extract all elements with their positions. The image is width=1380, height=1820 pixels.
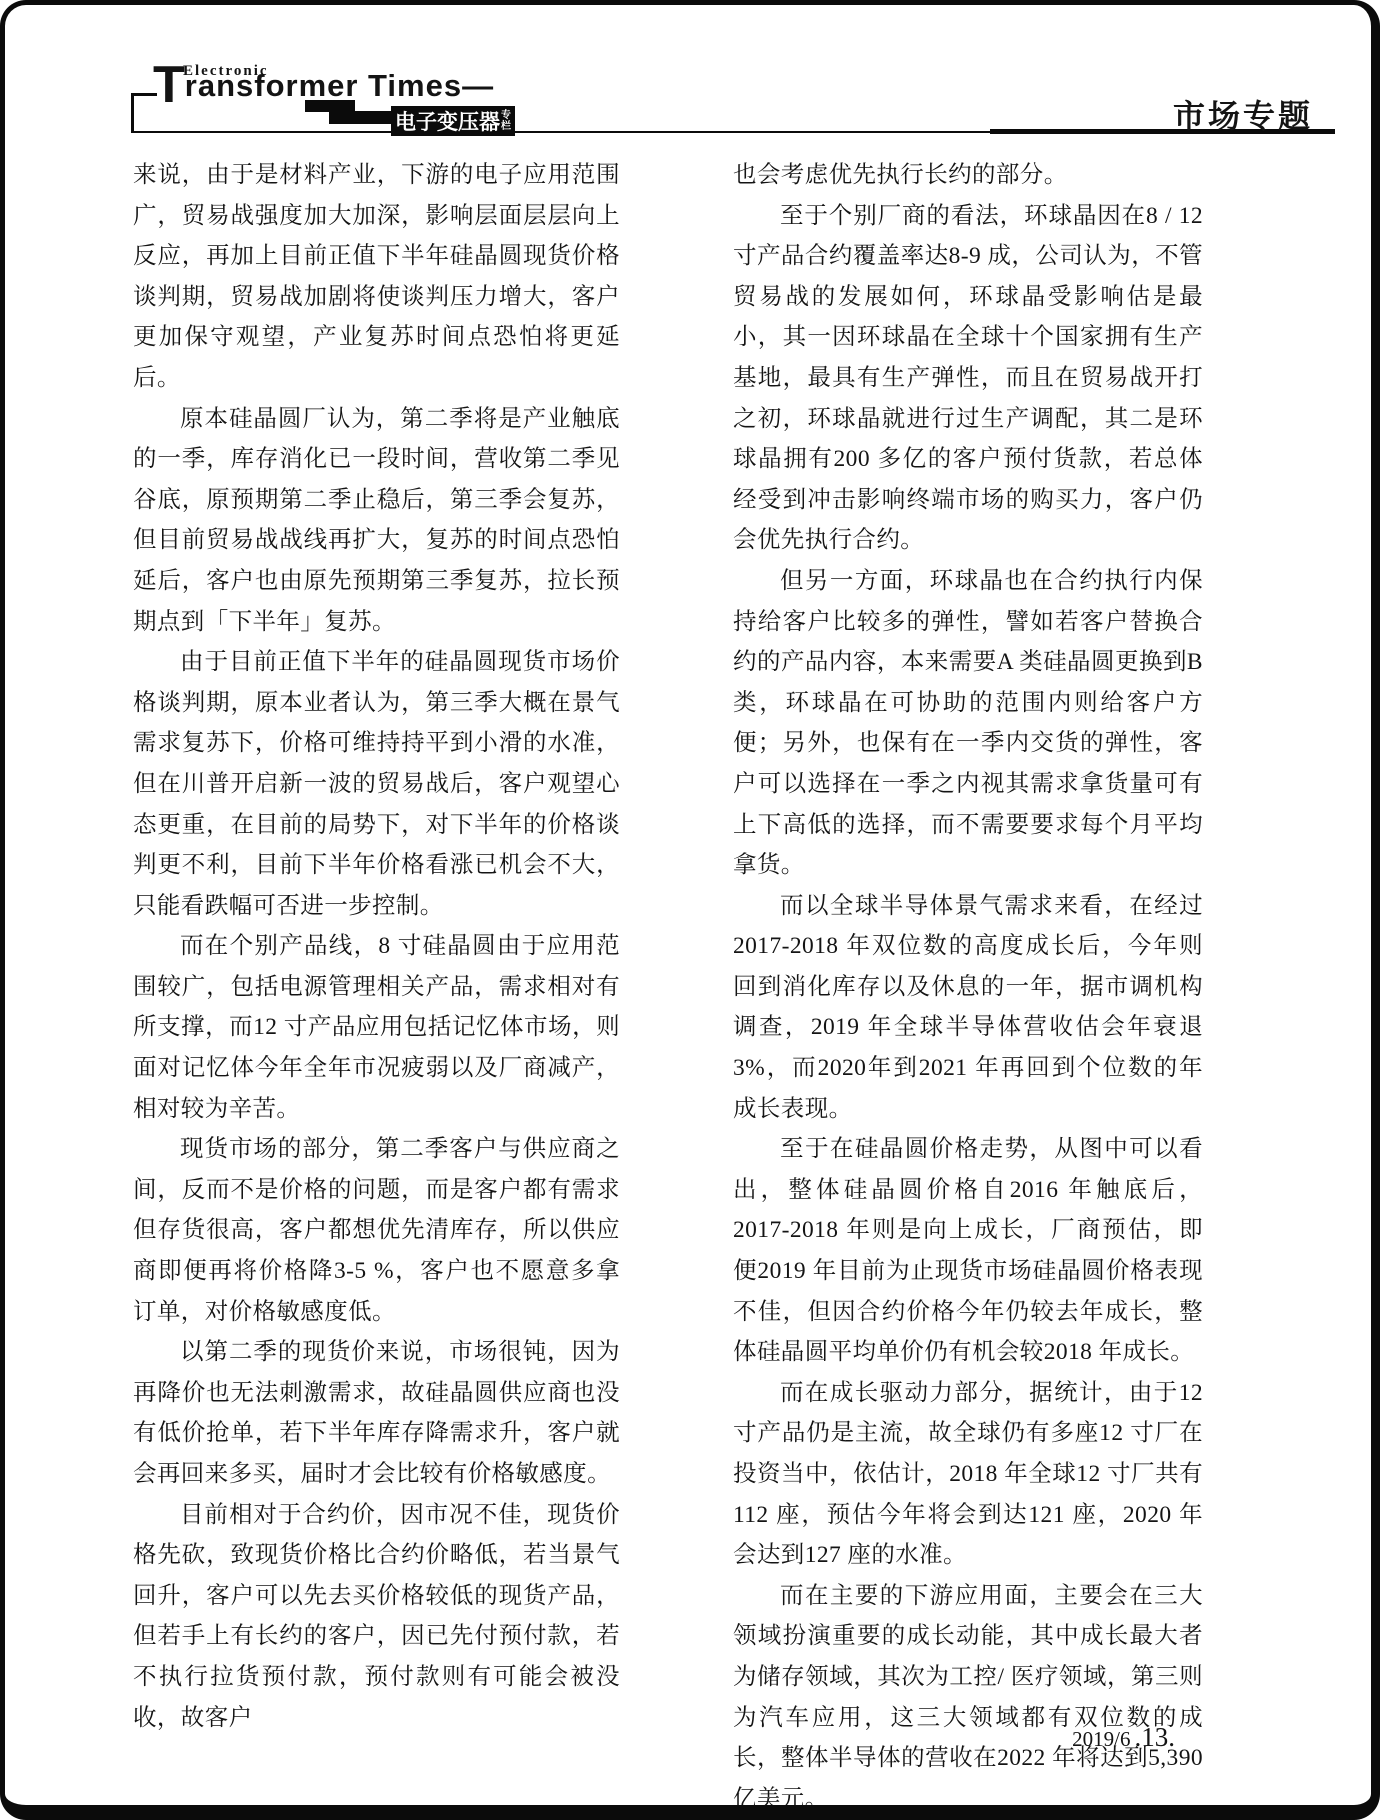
paragraph: 以第二季的现货价来说，市场很钝，因为再降价也无法刺激需求，故硅晶圆供应商也没有低…	[133, 1332, 620, 1494]
publication-logo: ElectronicTransformer Times—	[153, 65, 493, 105]
paragraph: 目前相对于合约价，因市况不佳，现货价格先砍，致现货价格比合约价略低，若当景气回升…	[133, 1495, 620, 1739]
paragraph: 而在成长驱动力部分，据统计，由于12 寸产品仍是主流，故全球仍有多座12 寸厂在…	[733, 1373, 1203, 1576]
article-column-left: 来说，由于是材料产业，下游的电子应用范围广，贸易战强度加大加深，影响层面层层向上…	[133, 155, 620, 1738]
logo-electronic-text: Electronic	[183, 63, 269, 80]
article-column-right: 也会考虑优先执行长约的部分。 至于个别厂商的看法，环球晶因在8 / 12 寸产品…	[733, 155, 1203, 1819]
badge-subtitle: 专 栏	[501, 110, 511, 132]
paragraph: 但另一方面，环球晶也在合约执行内保持给客户比较多的弹性，譬如若客户替换合约的产品…	[733, 561, 1203, 886]
magazine-page: ElectronicTransformer Times— 电子变压器 专 栏 市…	[0, 0, 1380, 1820]
paragraph: 至于在硅晶圆价格走势，从图中可以看出，整体硅晶圆价格自2016 年触底后，201…	[733, 1129, 1203, 1373]
publication-badge: 电子变压器 专 栏	[391, 106, 515, 136]
issue-date: 2019/6	[1072, 1727, 1130, 1751]
badge-step-decoration	[329, 111, 395, 124]
badge-sub-top: 专	[501, 110, 511, 121]
paragraph: 原本硅晶圆厂认为，第二季将是产业触底的一季，库存消化已一段时间，营收第二季见谷底…	[133, 399, 620, 643]
page-number: .13.	[1135, 1722, 1176, 1752]
paragraph: 也会考虑优先执行长约的部分。	[733, 155, 1203, 196]
badge-title: 电子变压器	[395, 106, 500, 136]
paragraph: 而在个别产品线，8 寸硅晶圆由于应用范围较广，包括电源管理相关产品，需求相对有所…	[133, 926, 620, 1129]
logo-initial: T	[153, 56, 185, 114]
paragraph: 现货市场的部分，第二季客户与供应商之间，反而不是价格的问题，而是客户都有需求但存…	[133, 1129, 620, 1332]
badge-sub-bottom: 栏	[501, 121, 511, 132]
logo-dash: —	[462, 68, 493, 103]
paragraph: 而以全球半导体景气需求来看，在经过2017-2018 年双位数的高度成长后，今年…	[733, 886, 1203, 1130]
section-title: 市场专题	[1173, 91, 1313, 137]
paragraph: 而在主要的下游应用面，主要会在三大领域扮演重要的成长动能，其中成长最大者为储存领…	[733, 1576, 1203, 1820]
paragraph: 由于目前正值下半年的硅晶圆现货市场价格谈判期，原本业者认为，第三季大概在景气需求…	[133, 642, 620, 926]
paragraph: 至于个别厂商的看法，环球晶因在8 / 12 寸产品合约覆盖率达8-9 成，公司认…	[733, 196, 1203, 561]
logo-bracket-vertical	[131, 93, 134, 133]
page-footer: 2019/6 .13.	[1072, 1722, 1175, 1753]
paragraph: 来说，由于是材料产业，下游的电子应用范围广，贸易战强度加大加深，影响层面层层向上…	[133, 155, 620, 399]
